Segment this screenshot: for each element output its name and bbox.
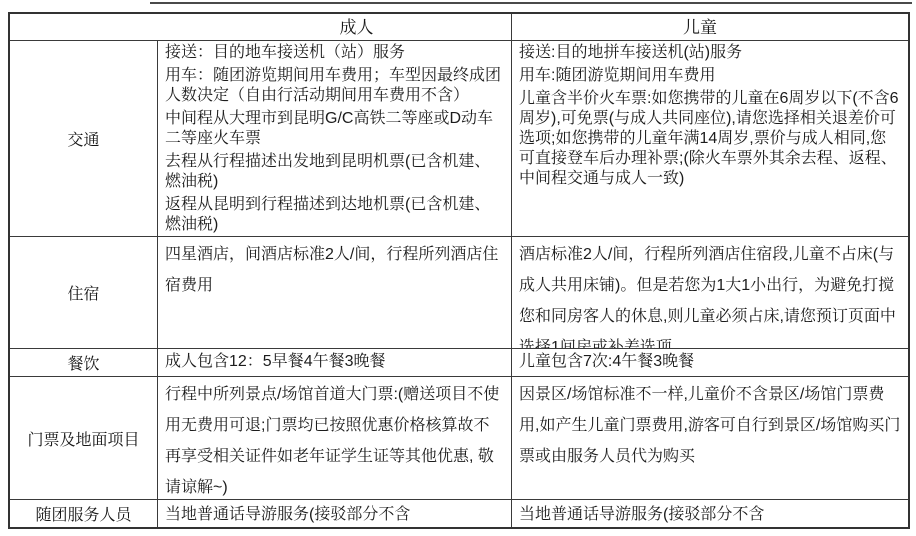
paragraph: 儿童包含7次:4午餐3晚餐	[519, 351, 902, 373]
tour-package-inclusions-page: 成人 儿童 交通 接送：目的地车接送机（站）服务 用车：随团游览期间用车费用；车…	[0, 0, 916, 536]
column-header-adult-label: 成人	[340, 15, 374, 40]
paragraph: 用车：随团游览期间用车费用；车型因最终成团人数决定（自由行活动期间用车费用不含）	[165, 66, 505, 106]
row-label-meals: 餐饮	[10, 349, 158, 377]
paragraph: 四星酒店，间酒店标准2人/间，行程所列酒店住宿费用	[165, 239, 505, 301]
paragraph: 儿童含半价火车票:如您携带的儿童在6周岁以下(不含6周岁),可免票(与成人共同座…	[519, 89, 902, 189]
cell-transport-adult: 接送：目的地车接送机（站）服务 用车：随团游览期间用车费用；车型因最终成团人数决…	[158, 41, 512, 237]
cell-transport-child: 接送:目的地拼车接送机(站)服务 用车:随团游览期间用车费用 儿童含半价火车票:…	[512, 41, 908, 237]
cell-lodging-child: 酒店标准2人/间，行程所列酒店住宿段,儿童不占床(与成人共用床铺)。但是若您为1…	[512, 237, 908, 349]
row-label-tickets: 门票及地面项目	[10, 377, 158, 500]
cell-staff-adult: 当地普通话导游服务(接驳部分不含	[158, 500, 512, 527]
cell-meals-child: 儿童包含7次:4午餐3晚餐	[512, 349, 908, 377]
column-header-child-label: 儿童	[683, 15, 717, 40]
top-border-artifact-line	[150, 2, 912, 4]
paragraph: 去程从行程描述出发地到昆明机票(已含机建、燃油税)	[165, 152, 505, 192]
paragraph: 成人包含12：5早餐4午餐3晚餐	[165, 351, 505, 373]
row-label-lodging: 住宿	[10, 237, 158, 349]
paragraph: 返程从昆明到行程描述到达地机票(已含机建、燃油税)	[165, 195, 505, 235]
row-label-staff: 随团服务人员	[10, 500, 158, 527]
cell-tickets-adult: 行程中所列景点/场馆首道大门票:(赠送项目不使用无费用可退;门票均已按照优惠价格…	[158, 377, 512, 500]
paragraph: 当地普通话导游服务(接驳部分不含	[519, 502, 902, 525]
cell-meals-adult: 成人包含12：5早餐4午餐3晚餐	[158, 349, 512, 377]
column-header-adult: 成人	[10, 14, 512, 41]
paragraph: 当地普通话导游服务(接驳部分不含	[165, 502, 505, 525]
paragraph: 酒店标准2人/间，行程所列酒店住宿段,儿童不占床(与成人共用床铺)。但是若您为1…	[519, 239, 902, 349]
paragraph: 行程中所列景点/场馆首道大门票:(赠送项目不使用无费用可退;门票均已按照优惠价格…	[165, 379, 505, 500]
cell-lodging-adult: 四星酒店，间酒店标准2人/间，行程所列酒店住宿费用	[158, 237, 512, 349]
row-label-transport: 交通	[10, 41, 158, 237]
paragraph: 因景区/场馆标准不一样,儿童价不含景区/场馆门票费用,如产生儿童门票费用,游客可…	[519, 379, 902, 472]
cell-staff-child: 当地普通话导游服务(接驳部分不含	[512, 500, 908, 527]
paragraph: 用车:随团游览期间用车费用	[519, 66, 902, 86]
paragraph: 中间程从大理市到昆明G/C高铁二等座或D动车二等座火车票	[165, 109, 505, 149]
column-header-child: 儿童	[512, 14, 908, 41]
package-inclusions-table: 成人 儿童 交通 接送：目的地车接送机（站）服务 用车：随团游览期间用车费用；车…	[8, 12, 910, 529]
paragraph: 接送:目的地拼车接送机(站)服务	[519, 43, 902, 63]
cell-tickets-child: 因景区/场馆标准不一样,儿童价不含景区/场馆门票费用,如产生儿童门票费用,游客可…	[512, 377, 908, 500]
paragraph: 接送：目的地车接送机（站）服务	[165, 43, 505, 63]
